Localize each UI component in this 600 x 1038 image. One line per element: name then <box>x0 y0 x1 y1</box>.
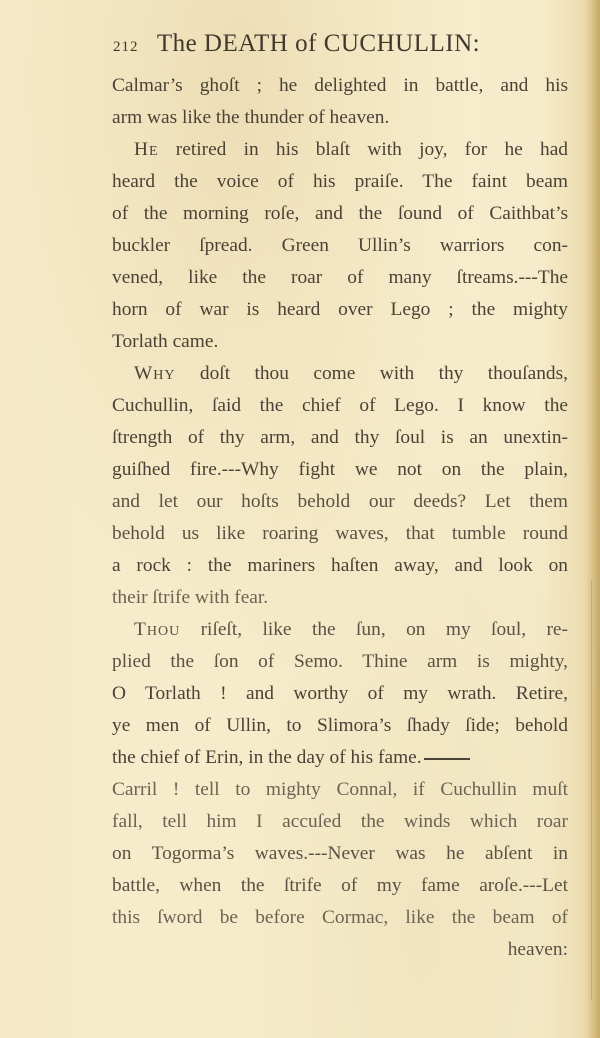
line-text: vened, like the roar of many ſtreams.---… <box>112 267 568 288</box>
line-text: fall, tell him I accuſed the winds which… <box>112 811 568 832</box>
text-line: arm was like the thunder of heaven. <box>112 102 568 134</box>
line-text: behold us like roaring waves, that tumbl… <box>112 523 568 544</box>
text-line: behold us like roaring waves, that tumbl… <box>112 518 568 550</box>
line-text: a rock : the mariners haſten away, and l… <box>112 555 568 576</box>
book-page: 212 The DEATH of CUCHULLIN: Calmar’s gho… <box>0 0 600 1038</box>
line-text: arm was like the thunder of heaven. <box>112 107 389 128</box>
text-line: on Togorma’s waves.---Never was he abſen… <box>112 838 568 870</box>
text-line: battle, when the ſtrife of my fame aroſe… <box>112 870 568 902</box>
text-line: a rock : the mariners haſten away, and l… <box>112 550 568 582</box>
line-text: this ſword be before Cormac, like the be… <box>112 907 568 928</box>
paragraph-start-line: Thou riſeſt, like the ſun, on my ſoul, r… <box>112 614 568 646</box>
running-head: 212 The DEATH of CUCHULLIN: <box>113 30 573 58</box>
catchword: heaven: <box>112 934 568 966</box>
paragraph-start-line: He retired in his blaſt with joy, for he… <box>112 134 568 166</box>
page-edge-line <box>591 580 592 1000</box>
line-text: the chief of Erin, in the day of his fam… <box>112 747 422 768</box>
line-text: O Torlath ! and worthy of my wrath. Reti… <box>112 683 568 704</box>
paragraph-lead-word: Why <box>134 363 176 384</box>
line-text: buckler ſpread. Green Ullin’s warriors c… <box>112 235 568 256</box>
text-line: Torlath came. <box>112 326 568 358</box>
text-line: buckler ſpread. Green Ullin’s warriors c… <box>112 230 568 262</box>
em-dash-rule <box>424 758 470 760</box>
line-text: plied the ſon of Semo. Thine arm is migh… <box>112 651 568 672</box>
text-line: Carril ! tell to mighty Connal, if Cuchu… <box>112 774 568 806</box>
text-line: Calmar’s ghoſt ; he delighted in battle,… <box>112 70 568 102</box>
running-title: The DEATH of CUCHULLIN: <box>157 30 480 57</box>
text-line: ſtrength of thy arm, and thy ſoul is an … <box>112 422 568 454</box>
line-text: ſtrength of thy arm, and thy ſoul is an … <box>112 427 568 448</box>
text-line: the chief of Erin, in the day of his fam… <box>112 742 568 774</box>
text-line: Cuchullin, ſaid the chief of Lego. I kno… <box>112 390 568 422</box>
text-line: fall, tell him I accuſed the winds which… <box>112 806 568 838</box>
text-line: horn of war is heard over Lego ; the mig… <box>112 294 568 326</box>
paragraph-start-line: Why doſt thou come with thy thouſands, <box>112 358 568 390</box>
line-text: doſt thou come with thy thouſands, <box>176 363 568 384</box>
body-text: Calmar’s ghoſt ; he delighted in battle,… <box>112 70 568 966</box>
line-text: on Togorma’s waves.---Never was he abſen… <box>112 843 568 864</box>
paragraph-lead-word: He <box>134 139 159 160</box>
line-text: retired in his blaſt with joy, for he ha… <box>159 139 568 160</box>
paragraph-lead-word: Thou <box>134 619 180 640</box>
line-text: Calmar’s ghoſt ; he delighted in battle,… <box>112 75 568 96</box>
line-text: Torlath came. <box>112 331 218 352</box>
page-gutter-shadow <box>586 0 600 1038</box>
page-number: 212 <box>113 39 139 55</box>
line-text: Cuchullin, ſaid the chief of Lego. I kno… <box>112 395 568 416</box>
line-text: of the morning roſe, and the ſound of Ca… <box>112 203 568 224</box>
line-text: Carril ! tell to mighty Connal, if Cuchu… <box>112 779 568 800</box>
line-text: riſeſt, like the ſun, on my ſoul, re- <box>180 619 568 640</box>
text-line: this ſword be before Cormac, like the be… <box>112 902 568 934</box>
line-text: heard the voice of his praiſe. The faint… <box>112 171 568 192</box>
text-line: O Torlath ! and worthy of my wrath. Reti… <box>112 678 568 710</box>
text-line: guiſhed fire.---Why fight we not on the … <box>112 454 568 486</box>
text-line: plied the ſon of Semo. Thine arm is migh… <box>112 646 568 678</box>
text-line: vened, like the roar of many ſtreams.---… <box>112 262 568 294</box>
text-line: their ſtrife with fear. <box>112 582 568 614</box>
text-line: ye men of Ullin, to Slimora’s ſhady ſide… <box>112 710 568 742</box>
line-text: ye men of Ullin, to Slimora’s ſhady ſide… <box>112 715 568 736</box>
text-line: of the morning roſe, and the ſound of Ca… <box>112 198 568 230</box>
text-line: and let our hoſts behold our deeds? Let … <box>112 486 568 518</box>
line-text: and let our hoſts behold our deeds? Let … <box>112 491 568 512</box>
line-text: battle, when the ſtrife of my fame aroſe… <box>112 875 568 896</box>
line-text: horn of war is heard over Lego ; the mig… <box>112 299 568 320</box>
text-line: heard the voice of his praiſe. The faint… <box>112 166 568 198</box>
line-text: guiſhed fire.---Why fight we not on the … <box>112 459 568 480</box>
line-text: their ſtrife with fear. <box>112 587 268 608</box>
catchword-text: heaven: <box>508 939 568 960</box>
